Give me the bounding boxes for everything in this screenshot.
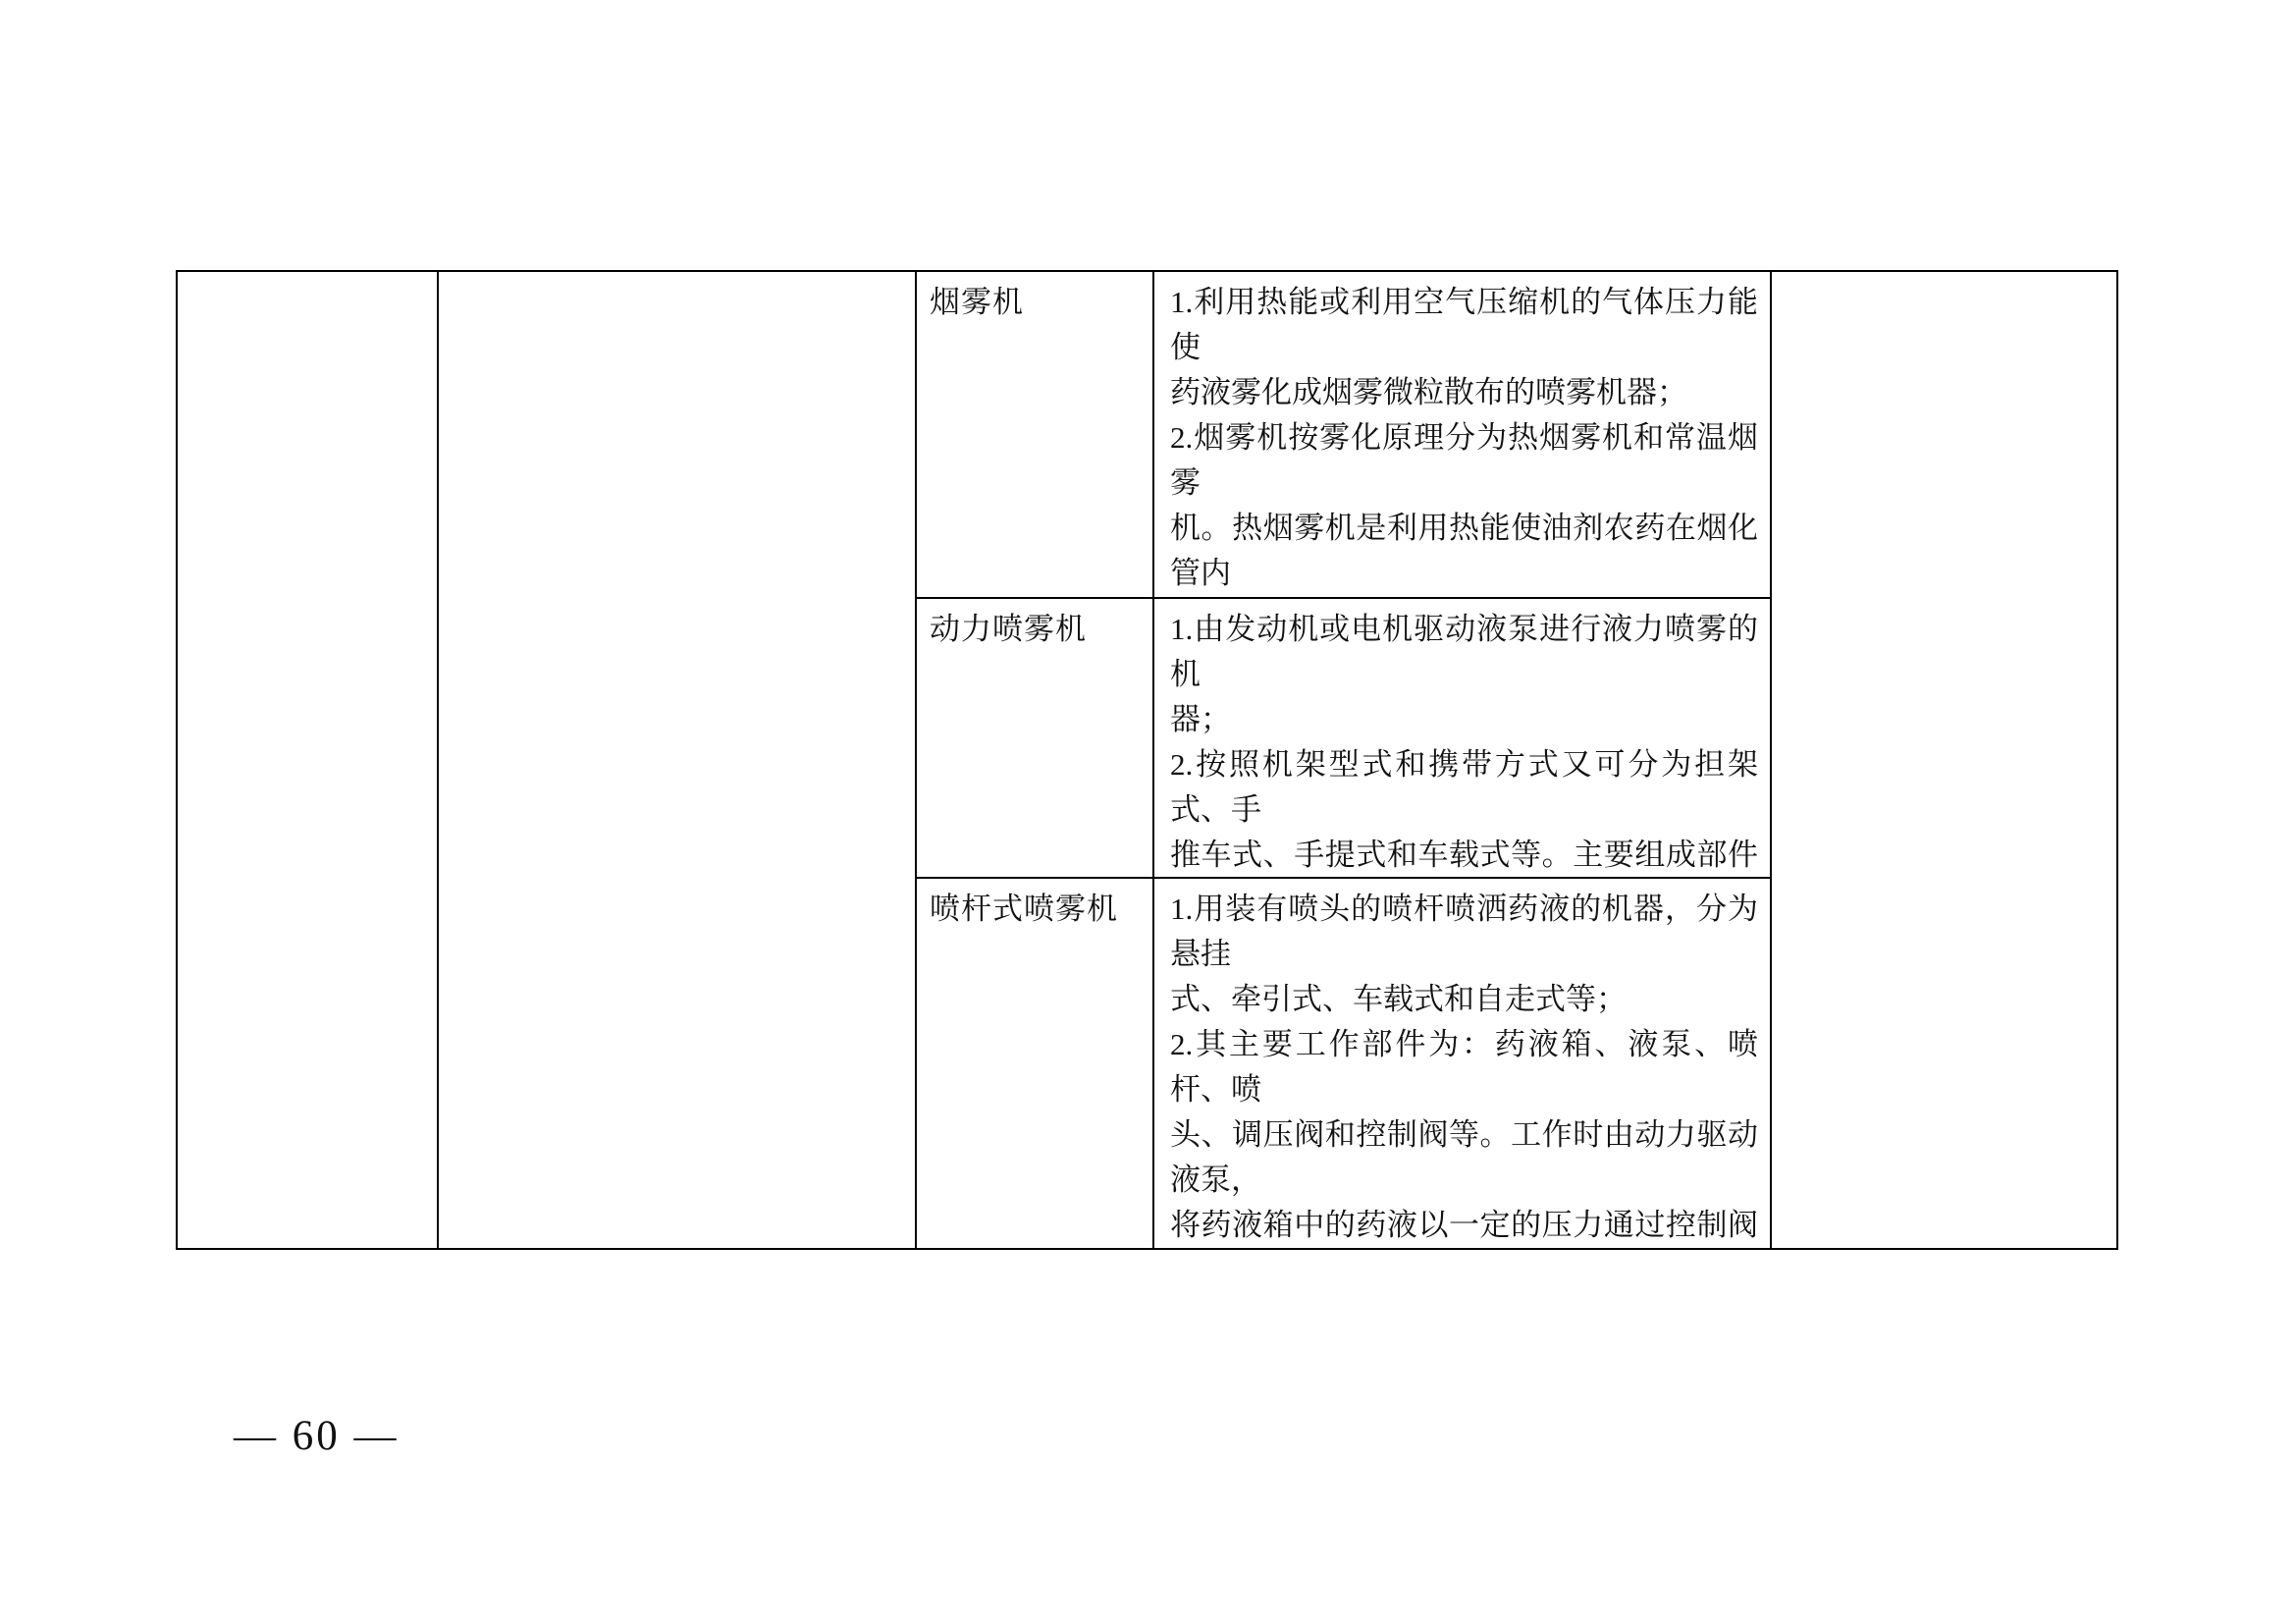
table-empty-column-2 (439, 272, 917, 1248)
machine-description-cell-smoke-machine: 1.利用热能或利用空气压缩机的气体压力能使 药液雾化成烟雾微粒散布的喷雾机器； … (1154, 272, 1772, 599)
scanned-document-page: 烟雾机 1.利用热能或利用空气压缩机的气体压力能使 药液雾化成烟雾微粒散布的喷雾… (0, 0, 2296, 1624)
machine-description-cell-boom-sprayer: 1.用装有喷头的喷杆喷洒药液的机器，分为悬挂 式、牵引式、车载式和自走式等； 2… (1154, 879, 1772, 1248)
table-empty-column-1 (178, 272, 439, 1248)
page-number: — 60 — (234, 1412, 400, 1460)
machine-name-cell-power-sprayer: 动力喷雾机 (917, 599, 1154, 879)
machine-name-cell-smoke-machine: 烟雾机 (917, 272, 1154, 599)
machine-description-cell-power-sprayer: 1.由发动机或电机驱动液泵进行液力喷雾的机 器； 2.按照机架型式和携带方式又可… (1154, 599, 1772, 879)
machinery-table: 烟雾机 1.利用热能或利用空气压缩机的气体压力能使 药液雾化成烟雾微粒散布的喷雾… (176, 270, 2118, 1250)
table-empty-column-5 (1772, 272, 2116, 1248)
machine-name-cell-boom-sprayer: 喷杆式喷雾机 (917, 879, 1154, 1248)
